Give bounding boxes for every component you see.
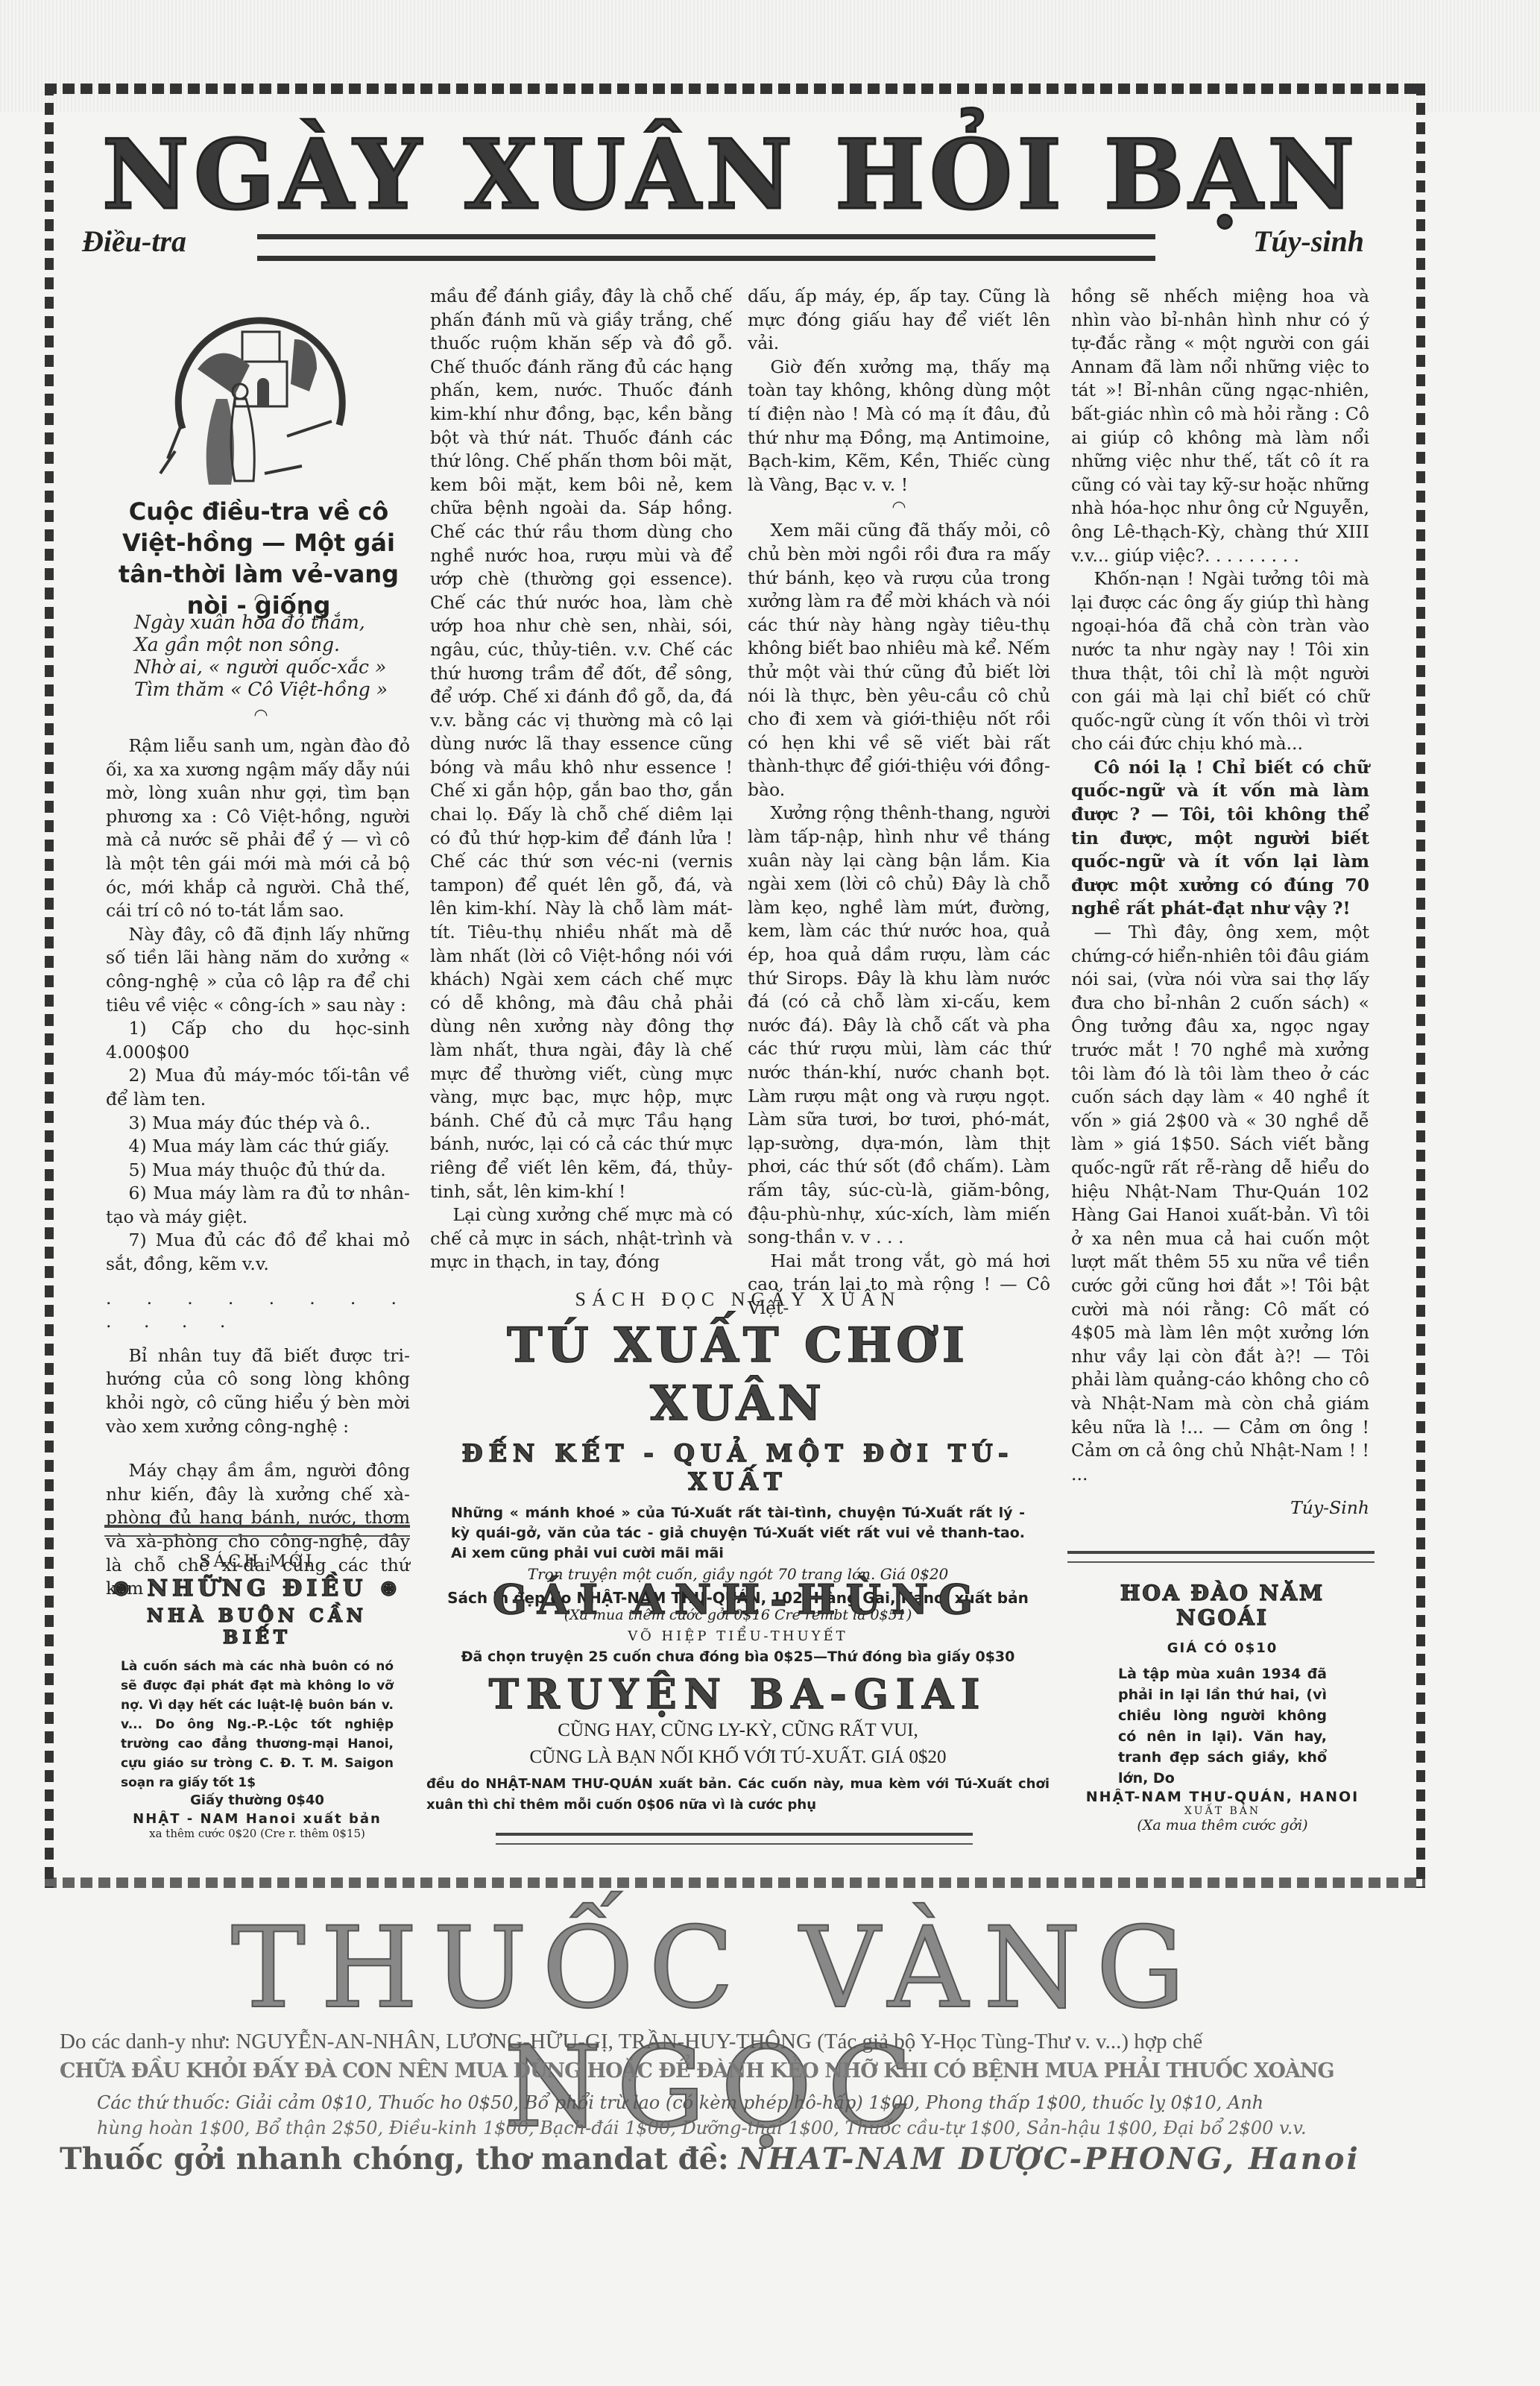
paragraph: Khốn-nạn ! Ngài tưởng tôi mà lại được cá… <box>1071 567 1369 756</box>
article-column-3: dấu, ấp máy, ép, ấp tay. Cũng là mực đón… <box>748 285 1050 1321</box>
paragraph: Giờ đến xưởng mạ, thấy mạ toàn tay không… <box>748 356 1050 497</box>
masthead-title: NGÀY XUÂN HỎI BẠN <box>75 119 1386 231</box>
poem-line: Nhờ ai, « người quốc-xắc » <box>134 656 403 679</box>
article-column-4: hồng sẽ nhếch miệng hoa và nhìn vào bỉ-n… <box>1071 285 1369 1520</box>
ornament-icon: ◠ <box>748 497 1050 519</box>
ad-publisher: NHẬT - NAM Hanoi xuất bản <box>112 1811 403 1827</box>
ad-gai-anh-hung: GÁI ANH-HÙNG VÕ HIỆP TIỂU-THUYẾT Đã chọn… <box>417 1573 1058 1816</box>
paragraph: — Thì đây, ông xem, một chứng-cớ hiển-nh… <box>1071 921 1369 1486</box>
ad-publish-label: XUẤT BẢN <box>1073 1805 1372 1817</box>
byline-left: Điều-tra <box>82 224 186 259</box>
list-item: 7) Mua đủ các đồ để khai mỏ sắt, đồng, k… <box>106 1229 410 1276</box>
border-bottom <box>45 1877 1425 1888</box>
ad-subtitle: NHÀ BUÔN CẦN BIẾT <box>112 1605 403 1648</box>
ad-subtitle: ĐẾN KẾT - QUẢ MỘT ĐỜI TÚ-XUẤT <box>417 1439 1058 1496</box>
poem-line: Tìm thăm « Cô Việt-hồng » <box>134 679 403 701</box>
ad-title: GÁI ANH-HÙNG <box>417 1573 1058 1625</box>
ad-shipping: xa thêm cước 0$20 (Cre r. thêm 0$15) <box>112 1827 403 1840</box>
ornament-icon: ◠ <box>246 705 276 727</box>
ad-hoa-dao: HOA ĐÀO NĂM NGOÁI GIÁ CÓ 0$10 Là tập mùa… <box>1073 1581 1372 1833</box>
ad-publisher: NHẬT-NAM THƯ-QUÁN, HANOI <box>1073 1789 1372 1805</box>
bullet-icon: ⊛ <box>112 1576 148 1602</box>
ad-nhung-dieu: SÁCH MỚI ⊛ NHỮNG ĐIỀU ⊛ NHÀ BUÔN CẦN BIẾ… <box>112 1552 403 1840</box>
byline-right: Túy-sinh <box>1253 224 1364 259</box>
thuoc-line-1: Do các danh-y như: NGUYỄN-AN-NHÂN, LƯƠNG… <box>60 2030 1424 2054</box>
paragraph: Lại cùng xưởng chế mực mà có chế cả mực … <box>430 1203 733 1274</box>
column-rule <box>104 1525 410 1537</box>
spring-scene-illustration <box>153 287 347 488</box>
paragraph: Xem mãi cũng đã thấy mỏi, cô chủ bèn mời… <box>748 519 1050 802</box>
list-item: 1) Cấp cho du học-sinh 4.000$00 <box>106 1017 410 1064</box>
ad-shipping: (Xa mua thêm cước gởi) <box>1073 1817 1372 1833</box>
list-item: 3) Mua máy đúc thép và ô.. <box>106 1112 410 1136</box>
border-left <box>45 84 54 1888</box>
paragraph: Cô nói lạ ! Chỉ biết có chữ quốc-ngữ và … <box>1071 756 1369 921</box>
article-poem: Ngày xuân hoa đỏ thắm, Xa gần một non sô… <box>134 611 403 701</box>
thuoc-order-name: NHAT-NAM DƯỢC-PHONG, Hanoi <box>739 2141 1360 2176</box>
double-rule <box>257 234 1155 261</box>
thuoc-line-2: CHỮA ĐẦU KHỎI ĐẤY ĐÀ CON NÊN MUA DÙNG HO… <box>60 2059 1424 2083</box>
ad-ba-giai-title: TRUYỆN BA-GIAI <box>417 1668 1058 1720</box>
ad-title: ⊛ NHỮNG ĐIỀU ⊛ <box>112 1576 403 1602</box>
thuoc-line-5: Thuốc gởi nhanh chóng, thơ mandat đề: NH… <box>60 2141 1424 2176</box>
ad-ba-giai-footer: đều do NHẬT-NAM THƯ-QUÁN xuất bản. Các c… <box>417 1774 1058 1816</box>
paragraph: Bỉ nhân tuy đã biết được tri-hướng của c… <box>106 1344 410 1438</box>
ad-kicker: SÁCH ĐỌC NGÀY XUÂN <box>417 1288 1058 1311</box>
ad-ba-giai-line1: CŨNG HAY, CŨNG LY-KỲ, CŨNG RẤT VUI, <box>417 1720 1058 1741</box>
article-column-1: Rậm liễu sanh um, ngàn đào đỏ ối, xa xa … <box>106 734 410 1601</box>
ad-ba-giai-line2: CŨNG LÀ BẠN NỐI KHỐ VỚI TÚ-XUẤT. GIÁ 0$2… <box>417 1747 1058 1768</box>
ad-title: HOA ĐÀO NĂM NGOÁI <box>1073 1581 1372 1630</box>
ad-rule <box>496 1833 973 1845</box>
column-rule <box>1067 1551 1375 1563</box>
bullet-icon: ⊛ <box>367 1576 403 1602</box>
paragraph: Xưởng rộng thênh-thang, người làm tấp-nậ… <box>748 802 1050 1249</box>
paragraph: hồng sẽ nhếch miệng hoa và nhìn vào bỉ-n… <box>1071 285 1369 567</box>
poem-line: Xa gần một non sông. <box>134 634 403 656</box>
thuoc-order-lead: Thuốc gởi nhanh chóng, thơ mandat đề: <box>60 2141 729 2176</box>
paragraph: Này đây, cô đã định lấy những số tiền lã… <box>106 923 410 1017</box>
article-column-2: mầu để đánh giầy, đây là chỗ chế phấn đá… <box>430 285 733 1274</box>
byline: Điều-tra Túy-sinh <box>82 224 1364 261</box>
paragraph: Rậm liễu sanh um, ngàn đào đỏ ối, xa xa … <box>106 734 410 923</box>
list-item: 2) Mua đủ máy-móc tối-tân về để làm ten. <box>106 1064 410 1111</box>
ad-price: GIÁ CÓ 0$10 <box>1073 1640 1372 1656</box>
thuoc-line-3: Các thứ thuốc: Giải cảm 0$10, Thuốc ho 0… <box>97 2092 1461 2113</box>
paragraph: mầu để đánh giầy, đây là chỗ chế phấn đá… <box>430 285 733 1203</box>
list-item: 4) Mua máy làm các thứ giấy. <box>106 1135 410 1159</box>
list-item: 6) Mua máy làm ra đủ tơ nhân-tạo và máy … <box>106 1182 410 1229</box>
ad-kicker: SÁCH MỚI <box>112 1552 403 1571</box>
list-item: 5) Mua máy thuộc đủ thứ da. <box>106 1159 410 1183</box>
ad-price: Đã chọn truyện 25 cuốn chưa đóng bìa 0$2… <box>417 1649 1058 1665</box>
ad-body: Là cuốn sách mà các nhà buôn có nó sẽ đư… <box>112 1657 403 1792</box>
signature: Túy-Sinh <box>1071 1496 1369 1520</box>
border-right <box>1416 84 1425 1888</box>
ad-body: Là tập mùa xuân 1934 đã phải in lại lần … <box>1073 1663 1372 1789</box>
paragraph: dấu, ấp máy, ép, ấp tay. Cũng là mực đón… <box>748 285 1050 356</box>
ad-title: TÚ XUẤT CHƠI XUÂN <box>417 1317 1058 1433</box>
poem-line: Ngày xuân hoa đỏ thắm, <box>134 611 403 634</box>
border-top <box>45 84 1425 94</box>
ornament-icon: ◠ <box>246 589 276 611</box>
dot-separator: . . . . . . . . . . . . <box>106 1287 410 1334</box>
thuoc-line-4: hùng hoàn 1$00, Bổ thận 2$50, Điều-kinh … <box>97 2118 1461 2138</box>
ad-price: Giấy thường 0$40 <box>112 1792 403 1808</box>
ad-genre: VÕ HIỆP TIỂU-THUYẾT <box>417 1628 1058 1644</box>
ad-body: Những « mánh khoé » của Tú-Xuất rất tài-… <box>417 1503 1058 1564</box>
